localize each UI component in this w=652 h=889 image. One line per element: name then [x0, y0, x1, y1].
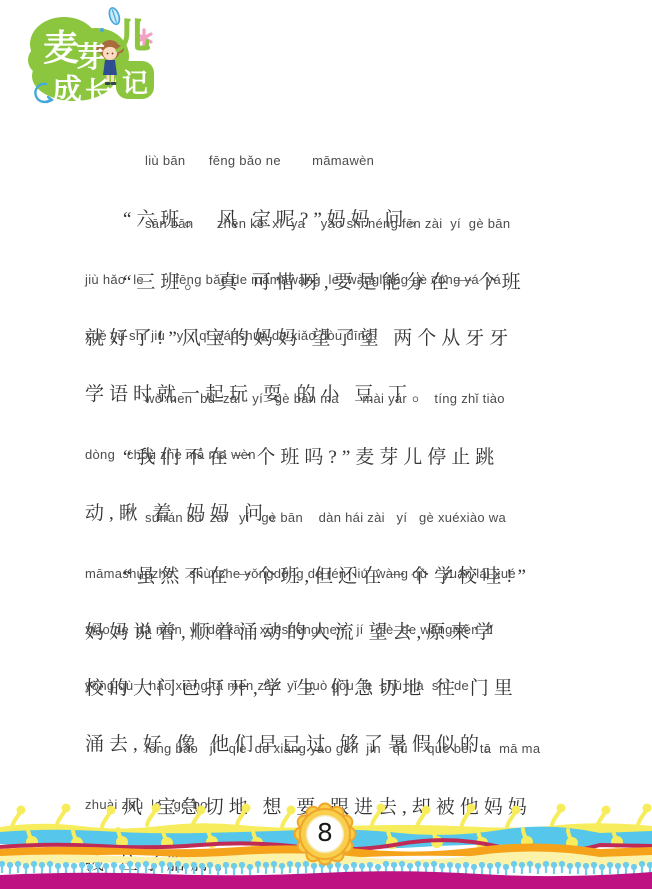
pinyin-row: sān bān zhēn kě xī ya yào shi néng fēn z… — [85, 215, 595, 232]
paragraph-2: sān bān zhēn kě xī ya yào shi néng fēn z… — [85, 179, 595, 347]
logo-char-mai: 麦 — [43, 28, 79, 68]
paragraph-3: wǒ men bú zài yí gè bān ma mài yár tíng … — [85, 354, 595, 466]
story-text: liù bān fēng bǎo ne māmawèn “六班。 风 宝呢?”妈… — [85, 116, 595, 823]
pinyin-row: liù bān fēng bǎo ne māmawèn — [85, 152, 595, 169]
page-number-medallion: 8 — [292, 801, 358, 867]
text-line: liù bān fēng bǎo ne māmawèn “六班。 风 宝呢?”妈… — [85, 116, 595, 172]
text-line: yǒng qù hǎo xiàng tā men zǎo yǐ guò gòu … — [85, 641, 595, 697]
pinyin-row: fēng bǎo jí qiè de xiǎng yào gēn jìn qù … — [85, 740, 595, 757]
logo-char-zhang: 长 — [85, 77, 112, 107]
logo-char-ji: 记 — [122, 69, 148, 98]
text-line: xiào de dà mén yǐ dǎ kāi xuéshēngmen jí … — [85, 585, 595, 641]
logo-graphic: 麦 芽 儿 成 长 记 — [16, 4, 162, 112]
book-logo: 麦 芽 儿 成 长 记 — [16, 4, 162, 112]
pinyin-row: yǒng qù hǎo xiàng tā men zǎo yǐ guò gòu … — [85, 677, 595, 694]
pinyin-row: xiào de dà mén yǐ dǎ kāi xuéshēngmen jí … — [85, 621, 595, 638]
decorative-footer: 8 — [0, 799, 652, 889]
text-line: xué yǔ shí jiù yì qǐ wánshuǎ de xiǎo dòu… — [85, 291, 595, 347]
pinyin-row: suīrán bú zài yí gè bān dàn hái zài yí g… — [85, 509, 595, 526]
page-number: 8 — [292, 801, 358, 863]
logo-char-er: 儿 — [116, 19, 150, 56]
logo-char-ya: 芽 — [76, 41, 105, 74]
pinyin-row: xué yǔ shí jiù yì qǐ wánshuǎ de xiǎo dòu… — [85, 327, 595, 344]
logo-char-cheng: 成 — [52, 74, 82, 107]
paragraph-1: liù bān fēng bǎo ne māmawèn “六班。 风 宝呢?”妈… — [85, 116, 595, 172]
pinyin-row: wǒ men bú zài yí gè bān ma mài yár tíng … — [85, 390, 595, 407]
